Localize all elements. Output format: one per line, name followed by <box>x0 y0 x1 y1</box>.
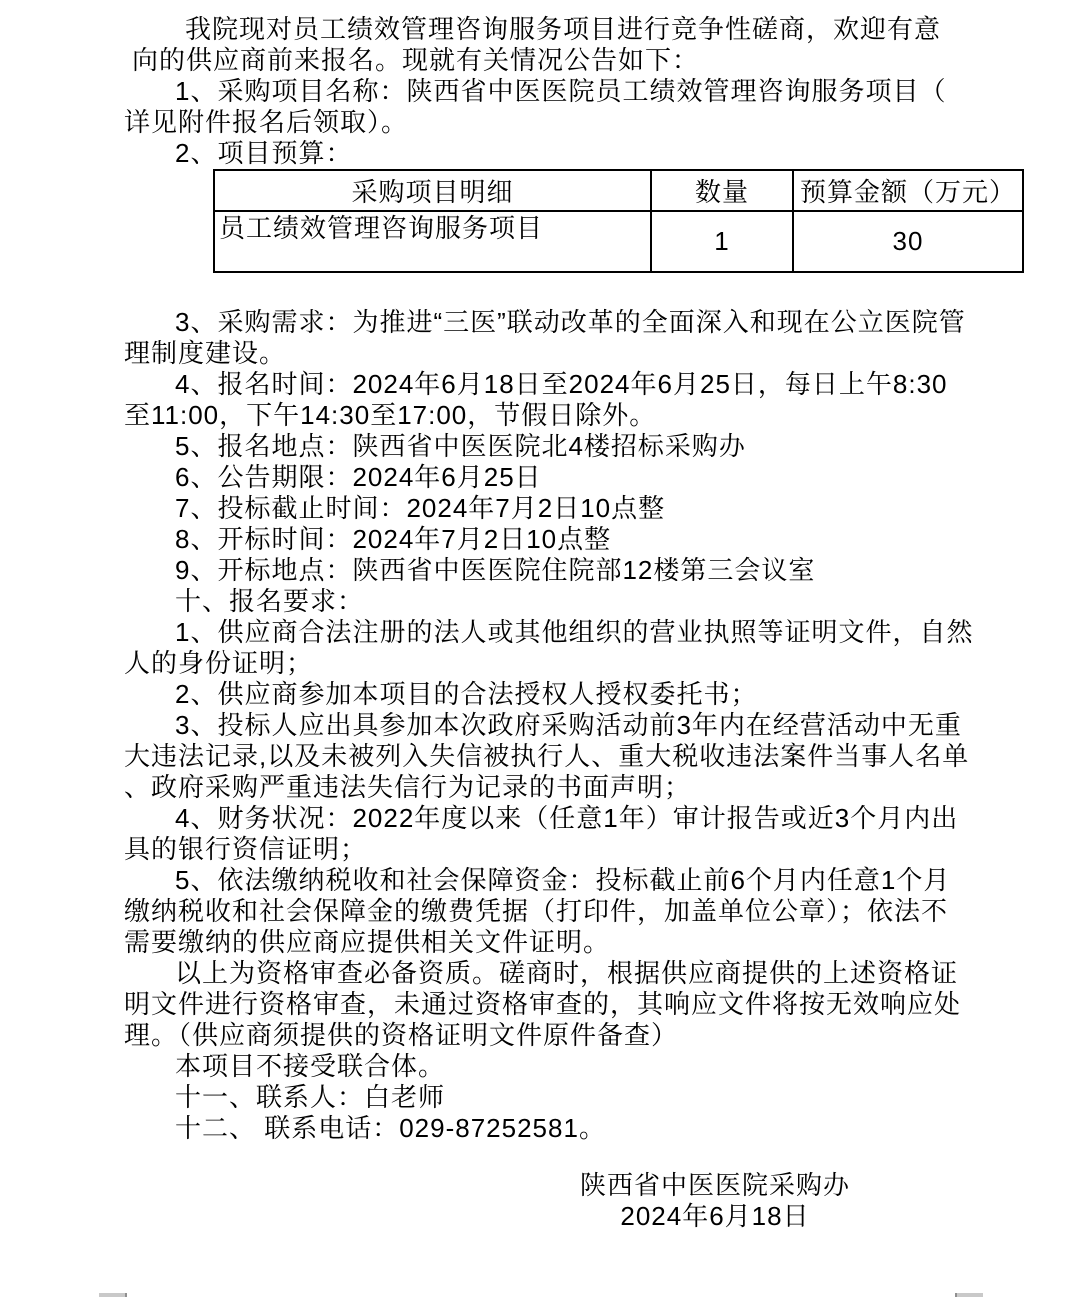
requirement-5-cont: 缴纳税收和社会保障金的缴费凭据（打印件，加盖单位公章）；依法不 <box>124 896 1080 927</box>
requirement-5-cont: 需要缴纳的供应商应提供相关文件证明。 <box>124 927 1080 958</box>
header-budget-amount: 预算金额（万元） <box>793 170 1023 211</box>
item-bid-opening-location: 9、开标地点：陕西省中医医院住院部12楼第三会议室 <box>175 555 1080 586</box>
partial-ui-fragment-left <box>99 1293 127 1297</box>
requirement-1-cont: 人的身份证明； <box>124 648 1080 679</box>
requirement-2: 2、供应商参加本项目的合法授权人授权委托书； <box>175 679 1080 710</box>
no-consortium-note: 本项目不接受联合体。 <box>175 1051 1080 1082</box>
qualification-review-note: 以上为资格审查必备资质。磋商时，根据供应商提供的上述资格证 <box>175 958 1080 989</box>
item-procurement-demand: 3、采购需求：为推进“三医”联动改革的全面深入和现在公立医院管 <box>175 307 1080 338</box>
item-registration-location: 5、报名地点：陕西省中医医院北4楼招标采购办 <box>175 431 1080 462</box>
signature-org: 陕西省中医医院采购办 <box>545 1170 885 1201</box>
cell-quantity: 1 <box>651 211 793 272</box>
intro-line: 向的供应商前来报名。现就有关情况公告如下： <box>132 45 1080 76</box>
requirement-3: 3、投标人应出具参加本次政府采购活动前3年内在经营活动中无重 <box>175 710 1080 741</box>
item-project-budget-label: 2、项目预算： <box>175 138 1080 169</box>
cell-project-detail: 员工绩效管理咨询服务项目 <box>214 211 651 272</box>
item-contact-phone: 十二、 联系电话：029-87252581。 <box>175 1113 1080 1144</box>
item-project-name: 1、采购项目名称：陕西省中医医院员工绩效管理咨询服务项目（ <box>175 76 1080 107</box>
announcement-document: 我院现对员工绩效管理咨询服务项目进行竞争性磋商，欢迎有意 向的供应商前来报名。现… <box>0 0 1080 1232</box>
cell-budget-amount: 30 <box>793 211 1023 272</box>
item-project-name-cont: 详见附件报名后领取）。 <box>124 107 1080 138</box>
qualification-review-note-cont: 明文件进行资格审查，未通过资格审查的，其响应文件将按无效响应处 <box>124 989 1080 1020</box>
budget-table: 采购项目明细 数量 预算金额（万元） 员工绩效管理咨询服务项目 1 30 <box>213 169 1024 273</box>
header-quantity: 数量 <box>651 170 793 211</box>
item-procurement-demand-cont: 理制度建设。 <box>124 338 1080 369</box>
item-contact-person: 十一、联系人：白老师 <box>175 1082 1080 1113</box>
requirement-1: 1、供应商合法注册的法人或其他组织的营业执照等证明文件，自然 <box>175 617 1080 648</box>
item-bid-deadline: 7、投标截止时间：2024年7月2日10点整 <box>175 493 1080 524</box>
signature-date: 2024年6月18日 <box>545 1201 885 1232</box>
requirement-3-cont: 大违法记录,以及未被列入失信被执行人、重大税收违法案件当事人名单 <box>124 741 1080 772</box>
intro-line: 我院现对员工绩效管理咨询服务项目进行竞争性磋商，欢迎有意 <box>185 14 1080 45</box>
budget-table-header-row: 采购项目明细 数量 预算金额（万元） <box>214 170 1023 211</box>
requirement-4-cont: 具的银行资信证明； <box>124 834 1080 865</box>
qualification-review-note-cont: 理。（供应商须提供的资格证明文件原件备查） <box>124 1020 1080 1051</box>
item-registration-requirements: 十、报名要求： <box>175 586 1080 617</box>
requirement-3-cont: 、政府采购严重违法失信行为记录的书面声明； <box>124 772 1080 803</box>
item-announcement-period: 6、公告期限：2024年6月25日 <box>175 462 1080 493</box>
requirement-4: 4、财务状况：2022年度以来（任意1年）审计报告或近3个月内出 <box>175 803 1080 834</box>
item-registration-time: 4、报名时间：2024年6月18日至2024年6月25日，每日上午8:30 <box>175 369 1080 400</box>
item-bid-opening-time: 8、开标时间：2024年7月2日10点整 <box>175 524 1080 555</box>
signature-block: 陕西省中医医院采购办 2024年6月18日 <box>545 1170 885 1232</box>
partial-ui-fragment-right <box>955 1293 983 1297</box>
header-project-detail: 采购项目明细 <box>214 170 651 211</box>
requirement-5: 5、依法缴纳税收和社会保障资金：投标截止前6个月内任意1个月 <box>175 865 1080 896</box>
budget-table-row: 员工绩效管理咨询服务项目 1 30 <box>214 211 1023 272</box>
item-registration-time-cont: 至11:00，下午14:30至17:00，节假日除外。 <box>124 400 1080 431</box>
